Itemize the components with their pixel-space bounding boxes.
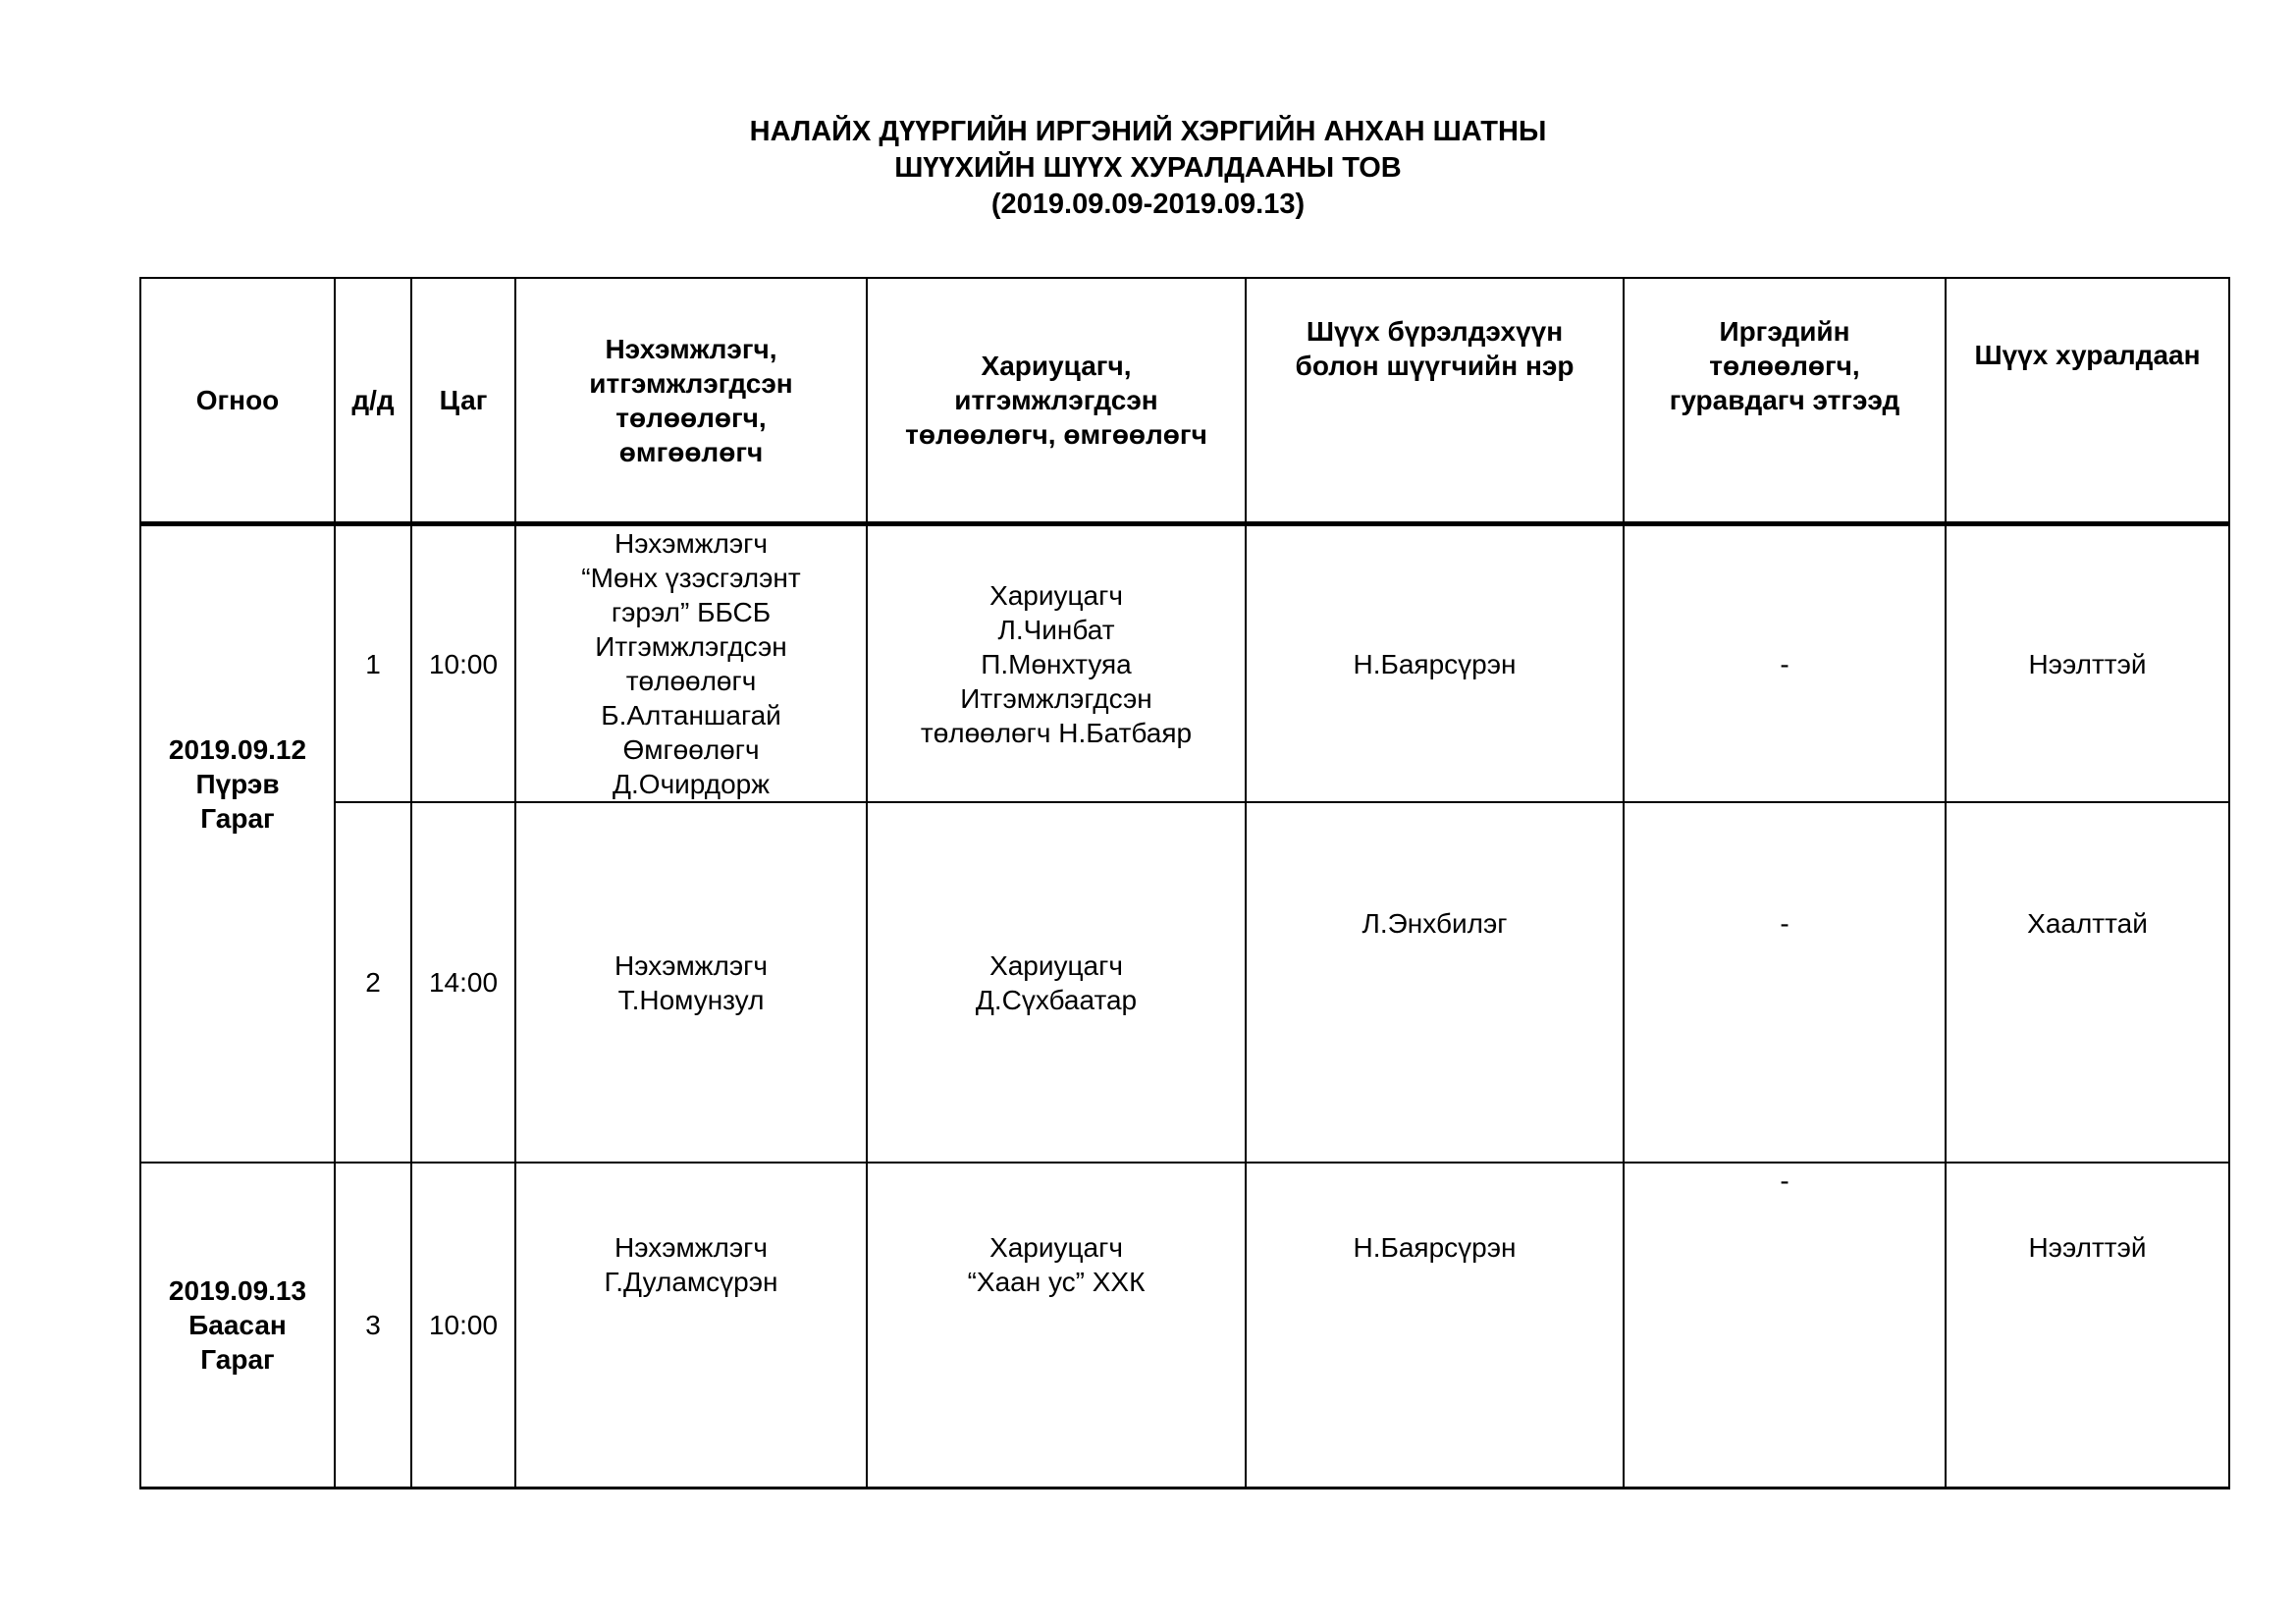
text-line: төлөөлөгч,: [520, 401, 862, 435]
text-line: Шүүх бүрэлдэхүүн: [1251, 314, 1619, 349]
header-judge: Шүүх бүрэлдэхүүнболон шүүгчийн нэр: [1246, 278, 1624, 524]
text-line: Д.Сүхбаатар: [872, 983, 1241, 1017]
text-line: Хариуцагч: [872, 578, 1241, 613]
text-line: төлөөлөгч, өмгөөлөгч: [872, 417, 1241, 452]
defendant-cell: ХариуцагчД.Сүхбаатар: [867, 802, 1246, 1163]
title-line-2: ШҮҮХИЙН ШҮҮХ ХУРАЛДААНЫ ТОВ: [0, 150, 2296, 187]
date-cell: 2019.09.12ПүрэвГараг: [140, 524, 335, 1164]
header-time: Цаг: [411, 278, 515, 524]
case-number: 3: [335, 1163, 411, 1489]
hearing-schedule-table: Огноо д/д Цаг Нэхэмжлэгч,итгэмжлэгдсэнтө…: [139, 277, 2230, 1489]
date-cell: 2019.09.13БаасанГараг: [140, 1163, 335, 1489]
case-time: 10:00: [411, 524, 515, 803]
table-row: 2019.09.12ПүрэвГараг 1 10:00 Нэхэмжлэгч“…: [140, 524, 2229, 803]
header-defendant: Хариуцагч,итгэмжлэгдсэнтөлөөлөгч, өмгөөл…: [867, 278, 1246, 524]
text-line: Нэхэмжлэгч: [520, 526, 862, 561]
text-line: гэрэл” ББСБ: [520, 595, 862, 629]
document-title: НАЛАЙХ ДҮҮРГИЙН ИРГЭНИЙ ХЭРГИЙН АНХАН ША…: [0, 114, 2296, 223]
text-line: өмгөөлөгч: [520, 435, 862, 469]
text-line: төлөөлөгч,: [1629, 349, 1941, 383]
defendant-cell: Хариуцагч“Хаан ус” ХХК: [867, 1163, 1246, 1489]
text-line: болон шүүгчийн нэр: [1251, 349, 1619, 383]
text-line: “Мөнх үзэсгэлэнт: [520, 561, 862, 595]
text-line: итгэмжлэгдсэн: [520, 366, 862, 401]
text-line: д/д: [340, 383, 406, 417]
header-hearing-type: Шүүх хуралдаан: [1946, 278, 2229, 524]
text-line: 2019.09.12: [145, 732, 330, 767]
text-line: төлөөлөгч: [520, 664, 862, 698]
header-third-party: Иргэдийнтөлөөлөгч,гуравдагч этгээд: [1624, 278, 1946, 524]
text-line: Хариуцагч: [872, 948, 1241, 983]
third-party-cell: -: [1624, 802, 1946, 1163]
table-header-row: Огноо д/д Цаг Нэхэмжлэгч,итгэмжлэгдсэнтө…: [140, 278, 2229, 524]
text-line: Цаг: [416, 383, 510, 417]
text-line: Иргэдийн: [1629, 314, 1941, 349]
hearing-type-cell: Нээлттэй: [1946, 524, 2229, 803]
hearing-type-cell: Нээлттэй: [1946, 1163, 2229, 1489]
text-line: Л.Чинбат: [872, 613, 1241, 647]
text-line: “Хаан ус” ХХК: [872, 1265, 1241, 1299]
text-line: Г.Дуламсүрэн: [520, 1265, 862, 1299]
title-date-range: (2019.09.09-2019.09.13): [0, 187, 2296, 223]
judge-cell: Н.Баярсүрэн: [1246, 524, 1624, 803]
text-line: Нэхэмжлэгч: [520, 948, 862, 983]
text-line: Пүрэв: [145, 767, 330, 801]
text-line: Д.Очирдорж: [520, 767, 862, 801]
text-line: Т.Номунзул: [520, 983, 862, 1017]
text-line: Итгэмжлэгдсэн: [520, 629, 862, 664]
plaintiff-cell: НэхэмжлэгчГ.Дуламсүрэн: [515, 1163, 867, 1489]
plaintiff-cell: НэхэмжлэгчТ.Номунзул: [515, 802, 867, 1163]
case-time: 10:00: [411, 1163, 515, 1489]
judge-cell: Л.Энхбилэг: [1246, 802, 1624, 1163]
text-line: Итгэмжлэгдсэн: [872, 681, 1241, 716]
text-line: итгэмжлэгдсэн: [872, 383, 1241, 417]
judge-cell: Н.Баярсүрэн: [1246, 1163, 1624, 1489]
table-row: 2 14:00 НэхэмжлэгчТ.Номунзул ХариуцагчД.…: [140, 802, 2229, 1163]
table-row: 2019.09.13БаасанГараг 3 10:00 Нэхэмжлэгч…: [140, 1163, 2229, 1489]
header-date: Огноо: [140, 278, 335, 524]
text-line: төлөөлөгч Н.Батбаяр: [872, 716, 1241, 750]
text-line: Огноо: [145, 383, 330, 417]
title-line-1: НАЛАЙХ ДҮҮРГИЙН ИРГЭНИЙ ХЭРГИЙН АНХАН ША…: [0, 114, 2296, 150]
text-line: гуравдагч этгээд: [1629, 383, 1941, 417]
plaintiff-cell: Нэхэмжлэгч“Мөнх үзэсгэлэнтгэрэл” ББСБИтг…: [515, 524, 867, 803]
header-number: д/д: [335, 278, 411, 524]
text-line: Хариуцагч,: [872, 349, 1241, 383]
text-line: П.Мөнхтуяа: [872, 647, 1241, 681]
header-plaintiff: Нэхэмжлэгч,итгэмжлэгдсэнтөлөөлөгч,өмгөөл…: [515, 278, 867, 524]
text-line: Хариуцагч: [872, 1230, 1241, 1265]
third-party-cell: -: [1624, 524, 1946, 803]
text-line: Нэхэмжлэгч,: [520, 332, 862, 366]
text-line: 2019.09.13: [145, 1273, 330, 1308]
text-line: Баасан: [145, 1308, 330, 1342]
third-party-cell: -: [1624, 1163, 1946, 1489]
text-line: Нэхэмжлэгч: [520, 1230, 862, 1265]
text-line: Гараг: [145, 1342, 330, 1377]
defendant-cell: ХариуцагчЛ.ЧинбатП.МөнхтуяаИтгэмжлэгдсэн…: [867, 524, 1246, 803]
case-number: 1: [335, 524, 411, 803]
text-line: Шүүх хуралдаан: [1950, 338, 2224, 372]
text-line: Б.Алтаншагай: [520, 698, 862, 732]
text-line: Гараг: [145, 801, 330, 836]
text-line: Өмгөөлөгч: [520, 732, 862, 767]
hearing-type-cell: Хаалттай: [1946, 802, 2229, 1163]
case-number: 2: [335, 802, 411, 1163]
case-time: 14:00: [411, 802, 515, 1163]
